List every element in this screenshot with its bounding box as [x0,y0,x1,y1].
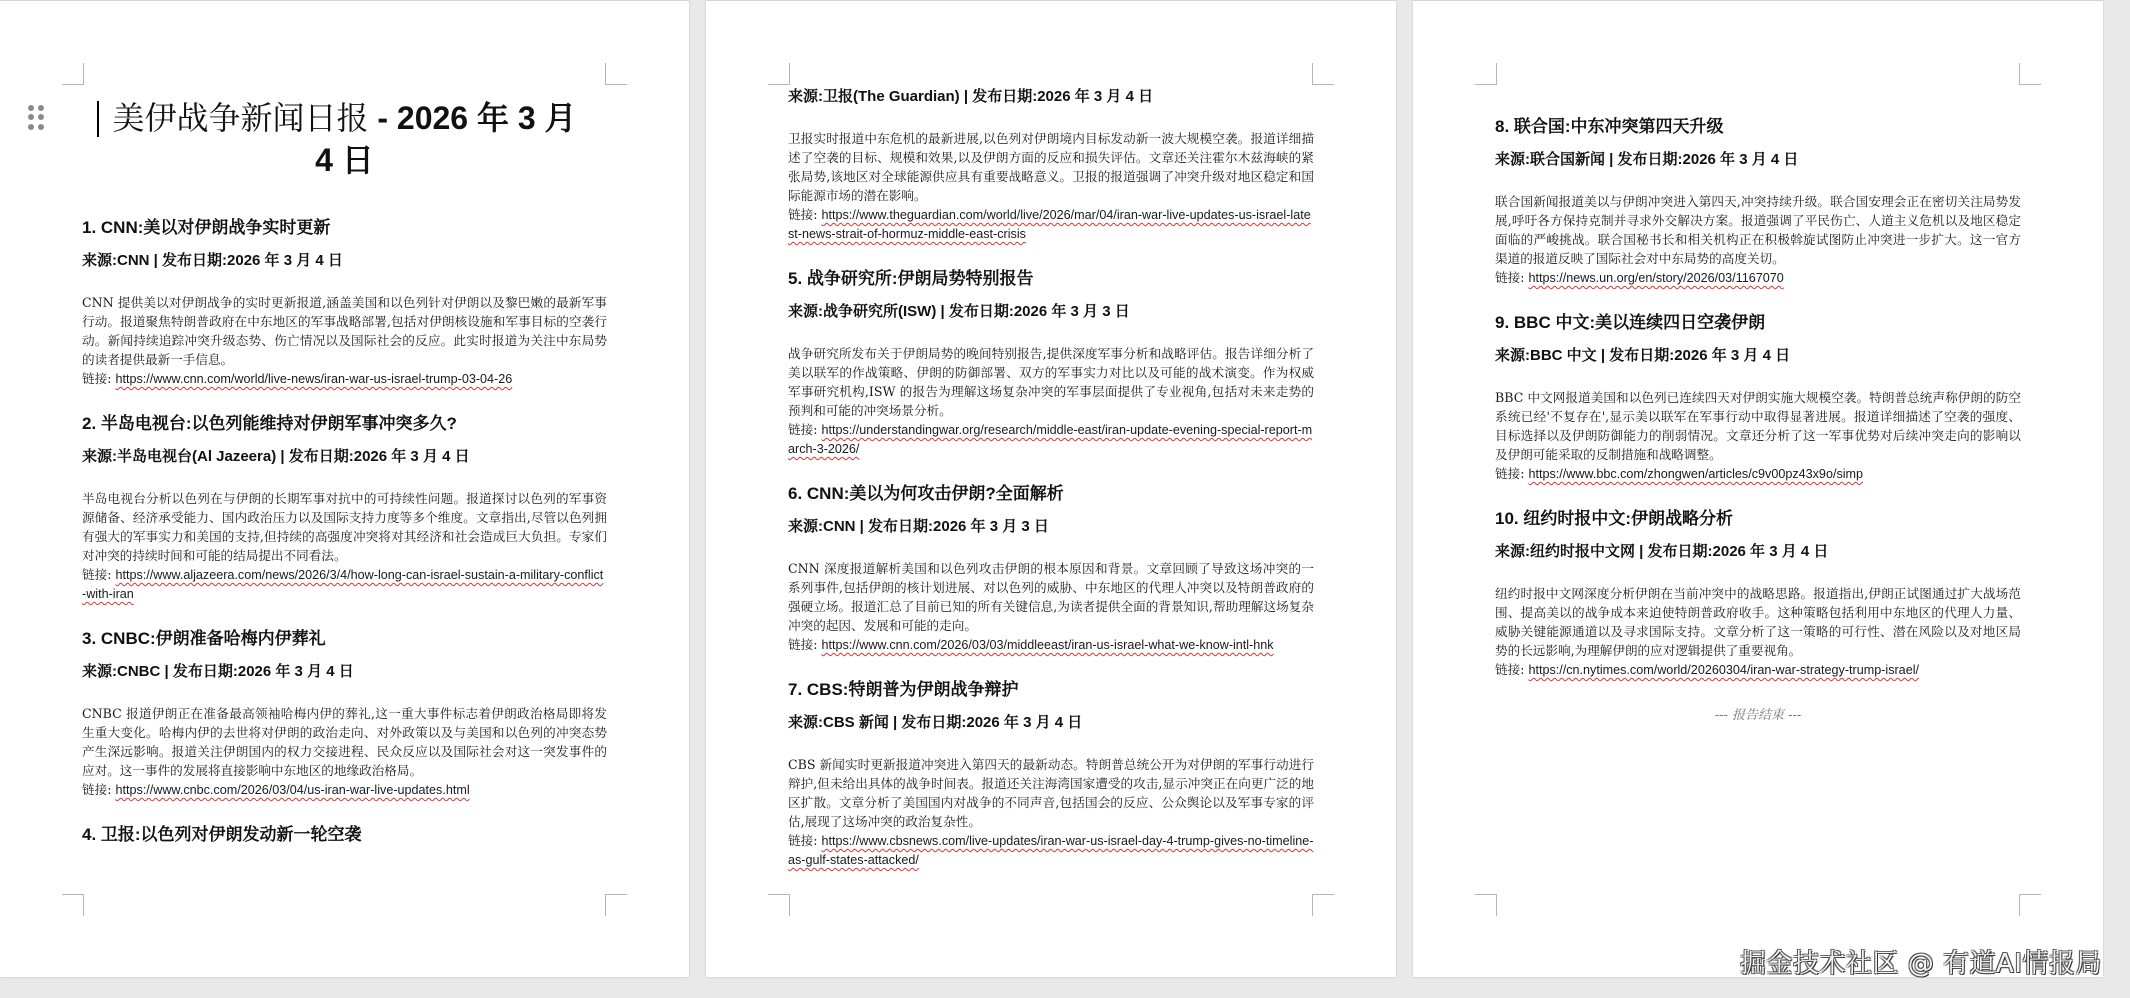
block-drag-handle-icon[interactable] [28,105,44,131]
article-body: CNN 提供美以对伊朗战争的实时更新报道,涵盖美国和以色列针对伊朗以及黎巴嫩的最… [82,293,607,369]
link-label: 链接: [788,422,821,437]
margin-corner-mark [2019,63,2041,85]
article-4-heading: 4. 卫报:以色列对伊朗发动新一轮空袭 [82,824,607,846]
article-meta: 来源:半岛电视台(Al Jazeera) | 发布日期:2026 年 3 月 4… [82,447,607,467]
report-end-marker: --- 报告结束 --- [1495,704,2021,723]
article-title: 2. 半岛电视台:以色列能维持对伊朗军事冲突多久? [82,413,607,435]
margin-corner-mark [605,894,627,916]
article-link-row: 链接: https://www.cnn.com/world/live-news/… [82,369,607,389]
article-10: 10. 纽约时报中文:伊朗战略分析 来源:纽约时报中文网 | 发布日期:2026… [1495,508,2021,680]
article-meta: 来源:CBS 新闻 | 发布日期:2026 年 3 月 4 日 [788,713,1314,733]
article-8: 8. 联合国:中东冲突第四天升级 来源:联合国新闻 | 发布日期:2026 年 … [1495,116,2021,288]
article-title: 9. BBC 中文:美以连续四日空袭伊朗 [1495,312,2021,334]
article-title: 10. 纽约时报中文:伊朗战略分析 [1495,508,2021,530]
article-2: 2. 半岛电视台:以色列能维持对伊朗军事冲突多久? 来源:半岛电视台(Al Ja… [82,413,607,604]
document-page-2: 来源:卫报(The Guardian) | 发布日期:2026 年 3 月 4 … [706,0,1396,977]
article-meta: 来源:CNN | 发布日期:2026 年 3 月 4 日 [82,251,607,271]
article-url[interactable]: https://www.theguardian.com/world/live/2… [788,208,1311,241]
link-label: 链接: [1495,662,1528,677]
article-1: 1. CNN:美以对伊朗战争实时更新 来源:CNN | 发布日期:2026 年 … [82,217,607,389]
article-url[interactable]: https://understandingwar.org/research/mi… [788,423,1312,456]
margin-corner-mark [62,63,84,85]
document-title[interactable]: 美伊战争新闻日报 - 2026 年 3 月 4 日 [82,97,607,181]
watermark-text: 掘金技术社区 @ 有道AI情报局 [1740,943,2102,980]
article-9: 9. BBC 中文:美以连续四日空袭伊朗 来源:BBC 中文 | 发布日期:20… [1495,312,2021,484]
article-meta: 来源:联合国新闻 | 发布日期:2026 年 3 月 4 日 [1495,150,2021,170]
article-meta: 来源:BBC 中文 | 发布日期:2026 年 3 月 4 日 [1495,346,2021,366]
article-url[interactable]: https://www.cnbc.com/2026/03/04/us-iran-… [115,783,469,797]
article-link-row: 链接: https://www.theguardian.com/world/li… [788,205,1314,244]
article-body: 卫报实时报道中东危机的最新进展,以色列对伊朗境内目标发动新一波大规模空袭。报道详… [788,129,1314,205]
text-cursor [97,101,99,137]
article-body: 半岛电视台分析以色列在与伊朗的长期军事对抗中的可持续性问题。报道探讨以色列的军事… [82,489,607,565]
margin-corner-mark [768,63,790,85]
link-label: 链接: [788,833,821,848]
article-meta: 来源:CNN | 发布日期:2026 年 3 月 3 日 [788,517,1314,537]
link-label: 链接: [82,371,115,386]
article-link-row: 链接: https://cn.nytimes.com/world/2026030… [1495,660,2021,680]
article-title: 1. CNN:美以对伊朗战争实时更新 [82,217,607,239]
article-title: 6. CNN:美以为何攻击伊朗?全面解析 [788,483,1314,505]
article-7: 7. CBS:特朗普为伊朗战争辩护 来源:CBS 新闻 | 发布日期:2026 … [788,679,1314,870]
page-content: 8. 联合国:中东冲突第四天升级 来源:联合国新闻 | 发布日期:2026 年 … [1495,116,2021,723]
margin-corner-mark [1312,894,1334,916]
article-meta: 来源:纽约时报中文网 | 发布日期:2026 年 3 月 4 日 [1495,542,2021,562]
article-link-row: 链接: https://www.aljazeera.com/news/2026/… [82,565,607,604]
article-title: 3. CNBC:伊朗准备哈梅内伊葬礼 [82,628,607,650]
article-meta: 来源:卫报(The Guardian) | 发布日期:2026 年 3 月 4 … [788,87,1314,107]
article-4-continued: 来源:卫报(The Guardian) | 发布日期:2026 年 3 月 4 … [788,87,1314,244]
margin-corner-mark [1475,894,1497,916]
margin-corner-mark [1475,63,1497,85]
article-body: 纽约时报中文网深度分析伊朗在当前冲突中的战略思路。报道指出,伊朗正试图通过扩大战… [1495,584,2021,660]
article-link-row: 链接: https://www.cnbc.com/2026/03/04/us-i… [82,780,607,800]
article-title: 7. CBS:特朗普为伊朗战争辩护 [788,679,1314,701]
article-url[interactable]: https://www.cnn.com/world/live-news/iran… [115,372,512,386]
link-label: 链接: [1495,270,1528,285]
document-page-3: 8. 联合国:中东冲突第四天升级 来源:联合国新闻 | 发布日期:2026 年 … [1413,0,2103,977]
article-title: 5. 战争研究所:伊朗局势特别报告 [788,268,1314,290]
article-title: 8. 联合国:中东冲突第四天升级 [1495,116,2021,138]
article-5: 5. 战争研究所:伊朗局势特别报告 来源:战争研究所(ISW) | 发布日期:2… [788,268,1314,459]
article-body: 联合国新闻报道美以与伊朗冲突进入第四天,冲突持续升级。联合国安理会正在密切关注局… [1495,192,2021,268]
article-title: 4. 卫报:以色列对伊朗发动新一轮空袭 [82,824,607,846]
article-url[interactable]: https://www.cbsnews.com/live-updates/ira… [788,834,1313,867]
article-3: 3. CNBC:伊朗准备哈梅内伊葬礼 来源:CNBC | 发布日期:2026 年… [82,628,607,800]
article-link-row: 链接: https://www.bbc.com/zhongwen/article… [1495,464,2021,484]
article-url[interactable]: https://news.un.org/en/story/2026/03/116… [1528,271,1783,285]
article-link-row: 链接: https://news.un.org/en/story/2026/03… [1495,268,2021,288]
article-body: 战争研究所发布关于伊朗局势的晚间特别报告,提供深度军事分析和战略评估。报告详细分… [788,344,1314,420]
link-label: 链接: [788,637,821,652]
article-url[interactable]: https://www.cnn.com/2026/03/03/middleeas… [821,638,1273,652]
article-url[interactable]: https://www.bbc.com/zhongwen/articles/c9… [1528,467,1863,481]
link-label: 链接: [82,782,115,797]
article-meta: 来源:战争研究所(ISW) | 发布日期:2026 年 3 月 3 日 [788,302,1314,322]
link-label: 链接: [82,567,115,582]
article-body: CBS 新闻实时更新报道冲突进入第四天的最新动态。特朗普总统公开为对伊朗的军事行… [788,755,1314,831]
article-url[interactable]: https://cn.nytimes.com/world/20260304/ir… [1528,663,1919,677]
margin-corner-mark [605,63,627,85]
article-6: 6. CNN:美以为何攻击伊朗?全面解析 来源:CNN | 发布日期:2026 … [788,483,1314,655]
article-body: CNN 深度报道解析美国和以色列攻击伊朗的根本原因和背景。文章回顾了导致这场冲突… [788,559,1314,635]
article-link-row: 链接: https://www.cnn.com/2026/03/03/middl… [788,635,1314,655]
article-body: CNBC 报道伊朗正在准备最高领袖哈梅内伊的葬礼,这一重大事件标志着伊朗政治格局… [82,704,607,780]
link-label: 链接: [1495,466,1528,481]
margin-corner-mark [768,894,790,916]
document-page-1: 美伊战争新闻日报 - 2026 年 3 月 4 日 1. CNN:美以对伊朗战争… [0,0,689,977]
article-meta: 来源:CNBC | 发布日期:2026 年 3 月 4 日 [82,662,607,682]
article-url[interactable]: https://www.aljazeera.com/news/2026/3/4/… [82,568,603,601]
page-content: 来源:卫报(The Guardian) | 发布日期:2026 年 3 月 4 … [788,87,1314,894]
article-body: BBC 中文网报道美国和以色列已连续四天对伊朗实施大规模空袭。特朗普总统声称伊朗… [1495,388,2021,464]
link-label: 链接: [788,207,821,222]
margin-corner-mark [62,894,84,916]
article-link-row: 链接: https://understandingwar.org/researc… [788,420,1314,459]
article-link-row: 链接: https://www.cbsnews.com/live-updates… [788,831,1314,870]
margin-corner-mark [2019,894,2041,916]
page-content: 美伊战争新闻日报 - 2026 年 3 月 4 日 1. CNN:美以对伊朗战争… [82,97,607,870]
margin-corner-mark [1312,63,1334,85]
